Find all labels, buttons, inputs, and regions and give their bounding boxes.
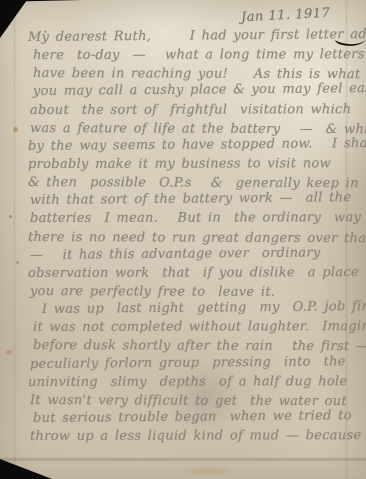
letter-line: batteries I mean. But in the ordinary wa… bbox=[30, 210, 366, 229]
letter-line: it was not completed without laughter. I… bbox=[33, 318, 366, 337]
letter-line: I was up last night getting my O.P. job … bbox=[42, 298, 366, 319]
letter-line: uninviting slimy depths of a half dug ho… bbox=[28, 373, 366, 392]
letter-line: by the way seems to have stopped now. I … bbox=[28, 135, 366, 156]
paper-stain bbox=[182, 466, 234, 476]
letter-line: observation work that if you dislike a p… bbox=[28, 264, 366, 283]
letter-line: My dearest Ruth, I had your first letter… bbox=[28, 26, 366, 47]
letter-line: throw up a less liquid kind of mud — bec… bbox=[30, 427, 366, 446]
letter-date: Jan 11. 1917 bbox=[240, 6, 330, 26]
letter-line: — it has this advantage over ordinary bbox=[30, 244, 366, 265]
letter-line: peculiarly forlorn group pressing into t… bbox=[30, 353, 366, 374]
letter-paper: Jan 11. 1917 My dearest Ruth, I had your… bbox=[0, 0, 366, 479]
letter-line: you may call a cushy place & you may fee… bbox=[33, 81, 366, 102]
letter-body: My dearest Ruth, I had your first letter… bbox=[0, 29, 366, 446]
letter-line: but serious trouble began when we tried … bbox=[33, 407, 366, 428]
letter-line: probably make it my business to visit no… bbox=[28, 155, 366, 174]
letter-line: with that sort of the battery work — all… bbox=[30, 189, 366, 210]
letter-line: here to-day — what a long time my letter… bbox=[33, 46, 366, 65]
paper-fold-crease bbox=[0, 457, 366, 462]
letter-line: about the sort of frightful visitation w… bbox=[30, 101, 366, 120]
